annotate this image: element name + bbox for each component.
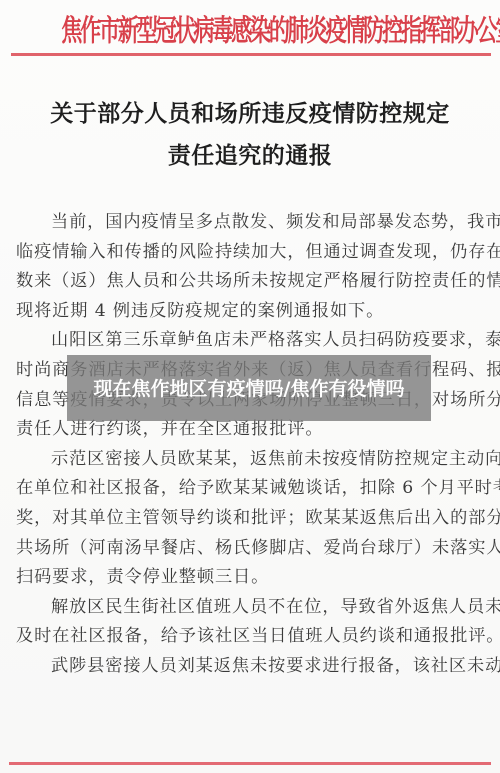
caption-overlay-text: 现在焦作地区有疫情吗/焦作有役情吗 [79,379,419,400]
header-red-rule [11,53,491,56]
body-line: 武陟县密接人员刘某返焦未按要求进行报备，该社区未动态 [16,652,492,682]
document-title-line-2: 责任追究的通报 [0,137,500,170]
body-line: 在单位和社区报备，给予欧某某诫勉谈话，扣除 6 个月平时考核 [16,474,492,504]
caption-overlay-banner: 现在焦作地区有疫情吗/焦作有役情吗 [67,355,431,421]
document-page: 焦作市新型冠状病毒感染的肺炎疫情防控指挥部办公室 关于部分人员和场所违反疫情防控… [0,0,500,773]
body-line: 及时在社区报备，给予该社区当日值班人员约谈和通报批评。 [16,622,492,652]
body-line: 扫码要求，责令停业整顿三日。 [16,563,492,593]
body-line: 示范区密接人员欧某某，返焦前未按疫情防控规定主动向所 [16,445,492,475]
issuing-organization-header: 焦作市新型冠状病毒感染的肺炎疫情防控指挥部办公室 [61,10,439,52]
document-title-line-1: 关于部分人员和场所违反疫情防控规定 [0,95,500,128]
body-line: 数来（返）焦人员和公共场所未按规定严格履行防控责任的情况， [16,267,492,297]
document-body: 当前，国内疫情呈多点散发、频发和局部暴发态势，我市面 临疫情输入和传播的风险持续… [16,208,492,682]
body-line: 山阳区第三乐章鲈鱼店未严格落实人员扫码防疫要求，泰诺 [16,326,492,356]
footer-red-rule [9,762,491,765]
body-line: 共场所（河南汤早餐店、杨氏修脚店、爱尚台球厅）未落实人员 [16,534,492,564]
body-line: 当前，国内疫情呈多点散发、频发和局部暴发态势，我市面 [16,208,492,238]
body-line: 解放区民生街社区值班人员不在位，导致省外返焦人员未能 [16,593,492,623]
body-line: 奖，对其单位主管领导约谈和批评；欧某某返焦后出入的部分公 [16,504,492,534]
body-line: 现将近期 4 例违反防疫规定的案例通报如下。 [16,297,492,327]
body-line: 临疫情输入和传播的风险持续加大，但通过调查发现，仍存在少 [16,238,492,268]
